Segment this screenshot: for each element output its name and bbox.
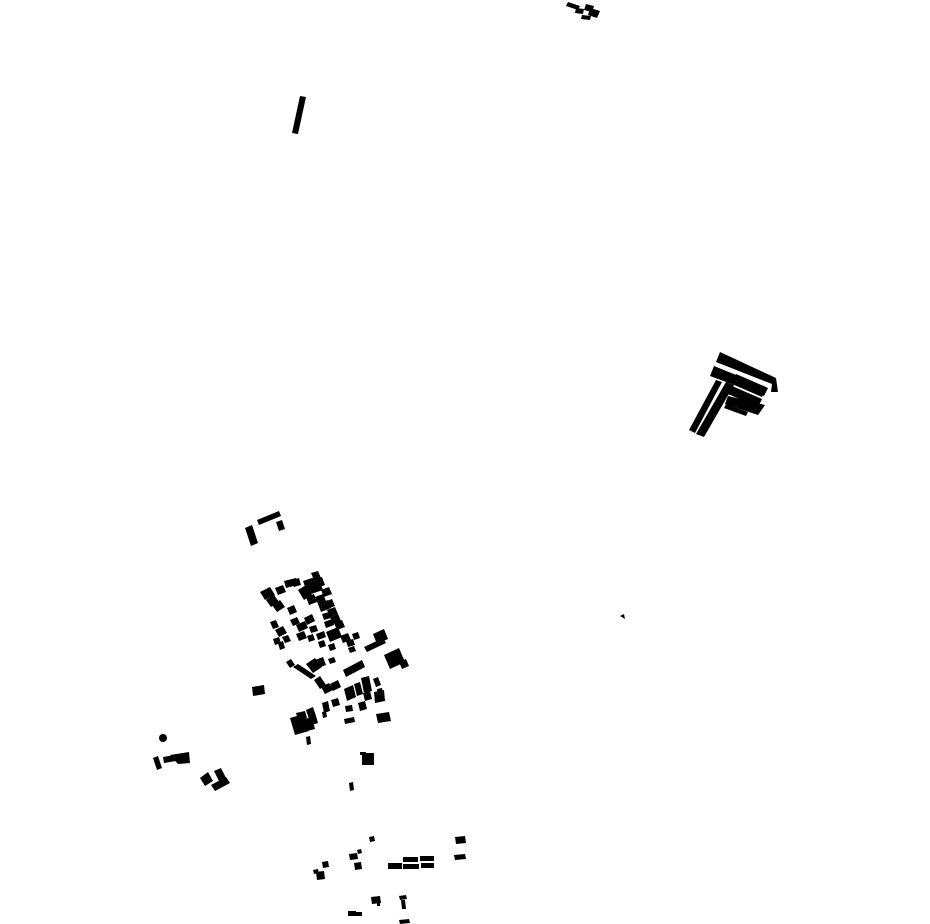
isolated-point [620,614,625,619]
small-mid-south [349,752,374,791]
west-outliers [153,734,230,791]
isolated-long-building [292,96,306,134]
south-cluster [313,836,466,924]
north-edge-cluster [566,2,600,20]
building-footprint-map [0,0,930,924]
village-core [245,511,409,745]
industrial-complex [689,352,778,437]
